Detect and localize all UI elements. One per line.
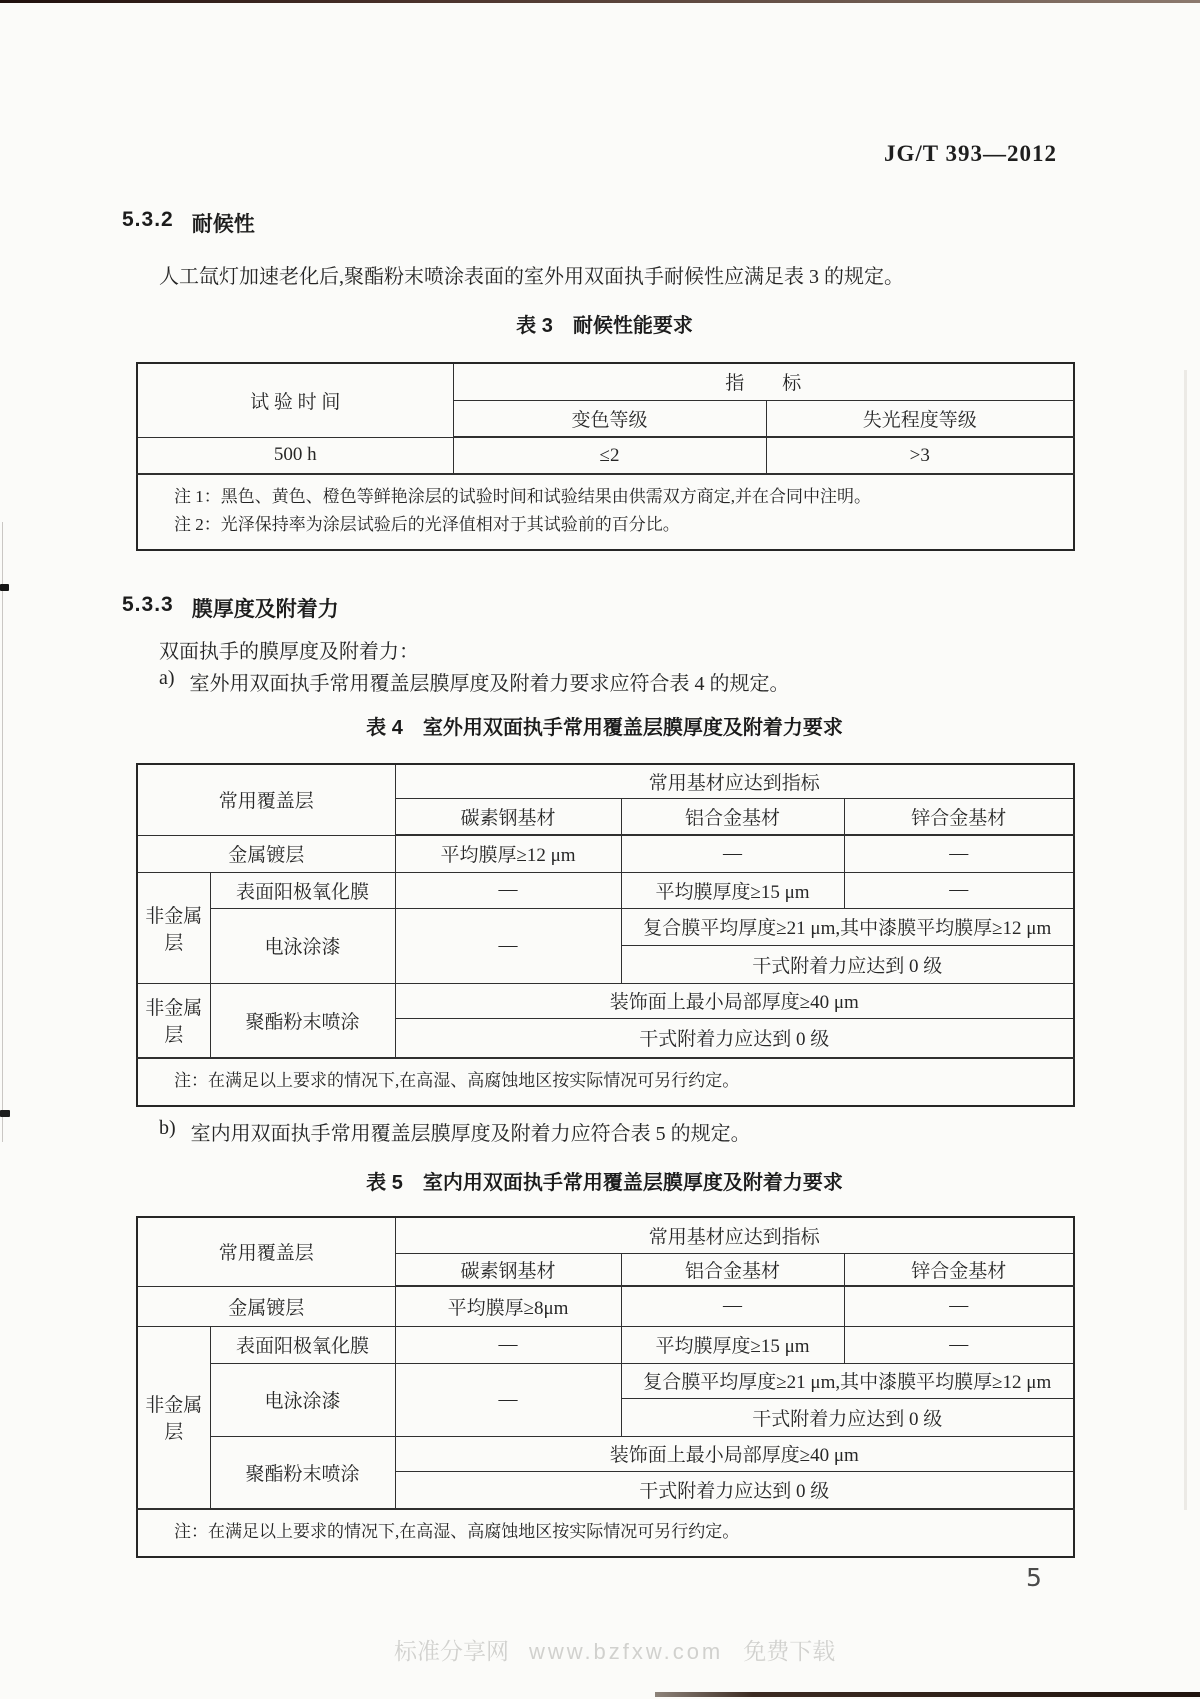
section-number: 5.3.3 <box>122 593 174 623</box>
table4-anodize-carbon-steel: — <box>395 872 621 908</box>
list-item-b-marker: b) <box>159 1117 176 1146</box>
table3-index-header: 指 标 <box>453 363 1074 400</box>
table3-data-row: 500 h ≤2 >3 <box>137 437 1074 474</box>
table5-metal-zinc: — <box>844 1286 1074 1326</box>
table5-powder-thickness: 装饰面上最小局部厚度≥40 μm <box>395 1436 1074 1471</box>
table4-anodize-row: 非金属层 表面阳极氧化膜 — 平均膜厚度≥15 μm — <box>137 872 1074 908</box>
table4-powder-row1: 非金属层 聚酯粉末喷涂 装饰面上最小局部厚度≥40 μm <box>137 983 1074 1018</box>
table4-ecoat-label: 电泳涂漆 <box>210 908 395 983</box>
table4-group-header: 常用基材应达到指标 <box>395 764 1074 798</box>
table4-ecoat-row1: 电泳涂漆 — 复合膜平均厚度≥21 μm,其中漆膜平均膜厚≥12 μm <box>137 908 1074 945</box>
section-5-3-2-paragraph: 人工氙灯加速老化后,聚酯粉末喷涂表面的室外用双面执手耐候性应满足表 3 的规定。 <box>159 260 904 289</box>
table5-subheader-carbon-steel: 碳素钢基材 <box>395 1253 621 1286</box>
table5-anodize-aluminum: 平均膜厚度≥15 μm <box>621 1326 844 1363</box>
table4-metal-aluminum: — <box>621 835 844 872</box>
section-title: 膜厚度及附着力 <box>192 593 339 623</box>
page-number: 5 <box>1026 1563 1042 1592</box>
table3-time-header: 试 验 时 间 <box>137 363 453 437</box>
table5-corner-header: 常用覆盖层 <box>137 1217 395 1286</box>
table4-anodize-label: 表面阳极氧化膜 <box>210 872 395 908</box>
table4-subheader-aluminum: 铝合金基材 <box>621 798 844 835</box>
table4-nonmetal-group1-label: 非金属层 <box>137 872 210 983</box>
table5-subheader-zinc: 锌合金基材 <box>844 1253 1074 1286</box>
document-page: JG/T 393—2012 5.3.2 耐候性 人工氙灯加速老化后,聚酯粉末喷涂… <box>0 0 1200 1699</box>
table5-subheader-aluminum: 铝合金基材 <box>621 1253 844 1286</box>
section-number: 5.3.2 <box>122 208 174 238</box>
table5-note-row: 注：在满足以上要求的情况下,在高湿、高腐蚀地区按实际情况可另行约定。 <box>137 1509 1074 1557</box>
scan-left-edge-line <box>2 522 3 1142</box>
section-5-3-3-heading: 5.3.3 膜厚度及附着力 <box>122 593 339 623</box>
table5-group-header: 常用基材应达到指标 <box>395 1217 1074 1253</box>
table3-cell-color-change: ≤2 <box>453 437 766 474</box>
table4-note-row: 注：在满足以上要求的情况下,在高湿、高腐蚀地区按实际情况可另行约定。 <box>137 1058 1074 1106</box>
table4-subheader-carbon-steel: 碳素钢基材 <box>395 798 621 835</box>
table4-ecoat-carbon-steel: — <box>395 908 621 983</box>
table5-caption: 表 5 室内用双面执手常用覆盖层膜厚度及附着力要求 <box>136 1166 1073 1195</box>
table5-ecoat-thickness: 复合膜平均厚度≥21 μm,其中漆膜平均膜厚≥12 μm <box>621 1363 1074 1398</box>
table5-anodize-label: 表面阳极氧化膜 <box>210 1326 395 1363</box>
table5-metal-plating-label: 金属镀层 <box>137 1286 395 1326</box>
table5-anodize-carbon-steel: — <box>395 1326 621 1363</box>
table3-caption: 表 3 耐候性能要求 <box>136 309 1073 338</box>
table4-ecoat-adhesion: 干式附着力应达到 0 级 <box>621 945 1074 983</box>
table4-corner-header: 常用覆盖层 <box>137 764 395 835</box>
watermark-download-text: 免费下载 <box>743 1633 835 1666</box>
table3-weather-resistance: 试 验 时 间 指 标 变色等级 失光程度等级 500 h ≤2 >3 注 1：… <box>136 362 1075 551</box>
table4-powder-adhesion: 干式附着力应达到 0 级 <box>395 1018 1074 1058</box>
table4-outdoor-coating-requirements: 常用覆盖层 常用基材应达到指标 碳素钢基材 铝合金基材 锌合金基材 金属镀层 平… <box>136 763 1075 1107</box>
table4-note: 注：在满足以上要求的情况下,在高湿、高腐蚀地区按实际情况可另行约定。 <box>137 1058 1074 1106</box>
section-5-3-3-lead: 双面执手的膜厚度及附着力： <box>159 635 419 664</box>
table5-indoor-coating-requirements: 常用覆盖层 常用基材应达到指标 碳素钢基材 铝合金基材 锌合金基材 金属镀层 平… <box>136 1216 1075 1558</box>
table5-powder-label: 聚酯粉末喷涂 <box>210 1436 395 1509</box>
table4-ecoat-thickness: 复合膜平均厚度≥21 μm,其中漆膜平均膜厚≥12 μm <box>621 908 1074 945</box>
table4-metal-carbon-steel: 平均膜厚≥12 μm <box>395 835 621 872</box>
scan-right-edge-shadow <box>1184 370 1187 1510</box>
watermark: 标准分享网 www.bzfxw.com 免费下载 <box>394 1633 835 1666</box>
table4-header-row1: 常用覆盖层 常用基材应达到指标 <box>137 764 1074 798</box>
table5-header-row1: 常用覆盖层 常用基材应达到指标 <box>137 1217 1074 1253</box>
watermark-site-url: www.bzfxw.com <box>529 1639 723 1665</box>
table5-ecoat-carbon-steel: — <box>395 1363 621 1436</box>
table3-subheader-color-change: 变色等级 <box>453 400 766 437</box>
list-item-b: b) 室内用双面执手常用覆盖层膜厚度及附着力应符合表 5 的规定。 <box>159 1117 751 1146</box>
table5-ecoat-adhesion: 干式附着力应达到 0 级 <box>621 1398 1074 1436</box>
table5-ecoat-row1: 电泳涂漆 — 复合膜平均厚度≥21 μm,其中漆膜平均膜厚≥12 μm <box>137 1363 1074 1398</box>
table5-note: 注：在满足以上要求的情况下,在高湿、高腐蚀地区按实际情况可另行约定。 <box>137 1509 1074 1557</box>
table3-note-2: 注 2：光泽保持率为涂层试验后的光泽值相对于其试验前的百分比。 <box>174 511 1061 539</box>
table4-powder-thickness: 装饰面上最小局部厚度≥40 μm <box>395 983 1074 1018</box>
watermark-site-name: 标准分享网 <box>394 1633 509 1666</box>
table5-powder-adhesion: 干式附着力应达到 0 级 <box>395 1471 1074 1509</box>
table5-nonmetal-group-label: 非金属层 <box>137 1326 210 1509</box>
table5-powder-row1: 聚酯粉末喷涂 装饰面上最小局部厚度≥40 μm <box>137 1436 1074 1471</box>
table5-metal-plating-row: 金属镀层 平均膜厚≥8μm — — <box>137 1286 1074 1326</box>
table4-metal-plating-row: 金属镀层 平均膜厚≥12 μm — — <box>137 835 1074 872</box>
table3-cell-gloss-loss: >3 <box>766 437 1074 474</box>
table4-metal-zinc: — <box>844 835 1074 872</box>
table3-header-row1: 试 验 时 间 指 标 <box>137 363 1074 400</box>
table5-anodize-row: 非金属层 表面阳极氧化膜 — 平均膜厚度≥15 μm — <box>137 1326 1074 1363</box>
scan-top-edge <box>0 0 1200 3</box>
table3-note-row: 注 1：黑色、黄色、橙色等鲜艳涂层的试验时间和试验结果由供需双方商定,并在合同中… <box>137 474 1074 550</box>
scan-left-edge-mark <box>0 1110 10 1117</box>
list-item-a: a) 室外用双面执手常用覆盖层膜厚度及附着力要求应符合表 4 的规定。 <box>159 667 790 696</box>
table3-subheader-gloss-loss: 失光程度等级 <box>766 400 1074 437</box>
scan-bottom-edge <box>655 1692 1200 1697</box>
list-item-a-text: 室外用双面执手常用覆盖层膜厚度及附着力要求应符合表 4 的规定。 <box>190 667 790 696</box>
table4-powder-label: 聚酯粉末喷涂 <box>210 983 395 1058</box>
table4-anodize-zinc: — <box>844 872 1074 908</box>
section-title: 耐候性 <box>192 208 255 238</box>
table3-note-1: 注 1：黑色、黄色、橙色等鲜艳涂层的试验时间和试验结果由供需双方商定,并在合同中… <box>174 483 1061 511</box>
table5-metal-aluminum: — <box>621 1286 844 1326</box>
section-5-3-2-heading: 5.3.2 耐候性 <box>122 208 255 238</box>
table4-subheader-zinc: 锌合金基材 <box>844 798 1074 835</box>
document-code: JG/T 393—2012 <box>884 141 1057 167</box>
table3-cell-time: 500 h <box>137 437 453 474</box>
list-item-b-text: 室内用双面执手常用覆盖层膜厚度及附着力应符合表 5 的规定。 <box>191 1117 751 1146</box>
table5-ecoat-label: 电泳涂漆 <box>210 1363 395 1436</box>
table5-metal-carbon-steel: 平均膜厚≥8μm <box>395 1286 621 1326</box>
table4-metal-plating-label: 金属镀层 <box>137 835 395 872</box>
table4-caption: 表 4 室外用双面执手常用覆盖层膜厚度及附着力要求 <box>136 711 1073 740</box>
table5-anodize-zinc: — <box>844 1326 1074 1363</box>
table3-notes: 注 1：黑色、黄色、橙色等鲜艳涂层的试验时间和试验结果由供需双方商定,并在合同中… <box>137 474 1074 550</box>
table4-nonmetal-group2-label: 非金属层 <box>137 983 210 1058</box>
scan-left-edge-mark <box>0 584 9 591</box>
list-item-a-marker: a) <box>159 667 175 696</box>
table4-anodize-aluminum: 平均膜厚度≥15 μm <box>621 872 844 908</box>
